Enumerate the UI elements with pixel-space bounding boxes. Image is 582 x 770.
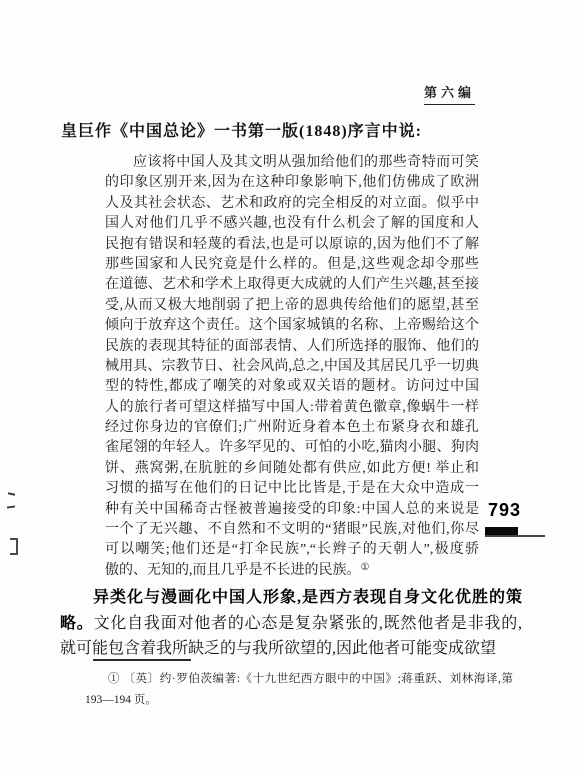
quote-line: 一个了无兴趣、不自然和不文明的“猪眼”民族,对他们,你尽 [105, 520, 479, 540]
page-number: 793 [488, 500, 521, 521]
quote-line: 械用具、宗教节日、社会风尚,总之,中国及其居民几乎一切典 [105, 357, 479, 377]
quote-line: 受,从而又极大地削弱了把上帝的恩典传给他们的愿望,甚至 [105, 296, 479, 316]
quote-line: 应该将中国人及其文明从强加给他们的那些奇特而可笑 [105, 153, 479, 173]
quote-line: 倾向于放弃这个责任。这个国家城镇的名称、上帝赐给这个 [105, 316, 479, 336]
quote-line-last: 傲的、无知的,而且几乎是不长进的民族。① [105, 561, 479, 581]
footnote-marker: ① [361, 562, 370, 573]
quote-line: 人及其社会状态、艺术和政府的完全相反的对立面。似乎中 [105, 194, 479, 214]
quote-line: 民族的表现其特征的面部表情、人们所选择的服饰、他们的机 [105, 337, 479, 357]
intro-line: 皇巨作《中国总论》一书第一版(1848)序言中说: [61, 118, 531, 141]
footnote-divider [93, 659, 191, 661]
quote-line-text: 傲的、无知的,而且几乎是不长进的民族。 [105, 563, 361, 578]
quote-block: 应该将中国人及其文明从强加给他们的那些奇特而可笑 的印象区别开来,因为在这种印象… [105, 153, 479, 581]
body-paragraph: 异类化与漫画化中国人形象,是西方表现自身文化优胜的策 略。文化自我面对他者的心态… [60, 585, 522, 662]
paragraph-line: 异类化与漫画化中国人形象,是西方表现自身文化优胜的策 [60, 585, 522, 611]
quote-line: 种有关中国稀奇古怪被普遍接受的印象:中国人总的来说是 [105, 500, 479, 520]
quote-line: 的印象区别开来,因为在这种印象影响下,他们仿佛成了欧洲 [105, 173, 479, 193]
quote-line: 那些国家和人民究竟是什么样的。但是,这些观念却令那些 [105, 255, 479, 275]
book-page: 第六编 皇巨作《中国总论》一书第一版(1848)序言中说: 应该将中国人及其文明… [0, 0, 582, 770]
quote-line: 经过你身边的官僚们;广州附近身着本色土布紧身衣和雄孔 [105, 418, 479, 438]
paragraph-bold-text: 略。 [60, 615, 94, 632]
quote-line: 型的特性,都成了嘲笑的对象或双关语的题材。访问过中国 [105, 377, 479, 397]
quote-line: 习惯的描写在他们的日记中比比皆是,于是在大众中造成一 [105, 479, 479, 499]
footnote-line: ① 〔英〕约·罗伯茨编著:《十九世纪西方眼中的中国》;蒋重跃、刘林海译,第 [85, 669, 513, 690]
quote-line: 饼、燕窝粥,在肮脏的乡间随处都有供应,如此方便! 举止和 [105, 459, 479, 479]
scan-artifact-mark [8, 492, 15, 495]
scan-artifact-mark [7, 505, 15, 508]
footnote-line: 193—194 页。 [85, 690, 513, 711]
paragraph-line: 略。文化自我面对他者的心态是复杂紧张的,既然他者是非我的, [60, 611, 522, 637]
quote-line: 雀尾翎的年轻人。许多罕见的、可怕的小吃,猫肉小腿、狗肉 [105, 438, 479, 458]
scan-artifact-bracket [10, 538, 18, 555]
quote-line: 人的旅行者可望这样描写中国人:带着黄色徽章,像蜗牛一样 [105, 398, 479, 418]
edition-label: 第六编 [424, 82, 475, 105]
page-number-underline [485, 535, 545, 537]
footnote: ① 〔英〕约·罗伯茨编著:《十九世纪西方眼中的中国》;蒋重跃、刘林海译,第 19… [85, 669, 513, 711]
quote-line: 在道德、艺术和学术上取得更大成就的人们产生兴趣,甚至接 [105, 275, 479, 295]
paragraph-text: 文化自我面对他者的心态是复杂紧张的,既然他者是非我的, [94, 615, 522, 632]
quote-line: 可以嘲笑;他们还是“打伞民族”,“长辫子的天朝人”,极度骄 [105, 540, 479, 560]
quote-line: 国人对他们几乎不感兴趣,也没有什么机会了解的国度和人 [105, 214, 479, 234]
paragraph-line: 就可能包含着我所缺乏的与我所欲望的,因此他者可能变成欲望 [60, 636, 522, 662]
quote-line: 民抱有错误和轻蔑的看法,也是可以原谅的,因为他们不了解 [105, 235, 479, 255]
